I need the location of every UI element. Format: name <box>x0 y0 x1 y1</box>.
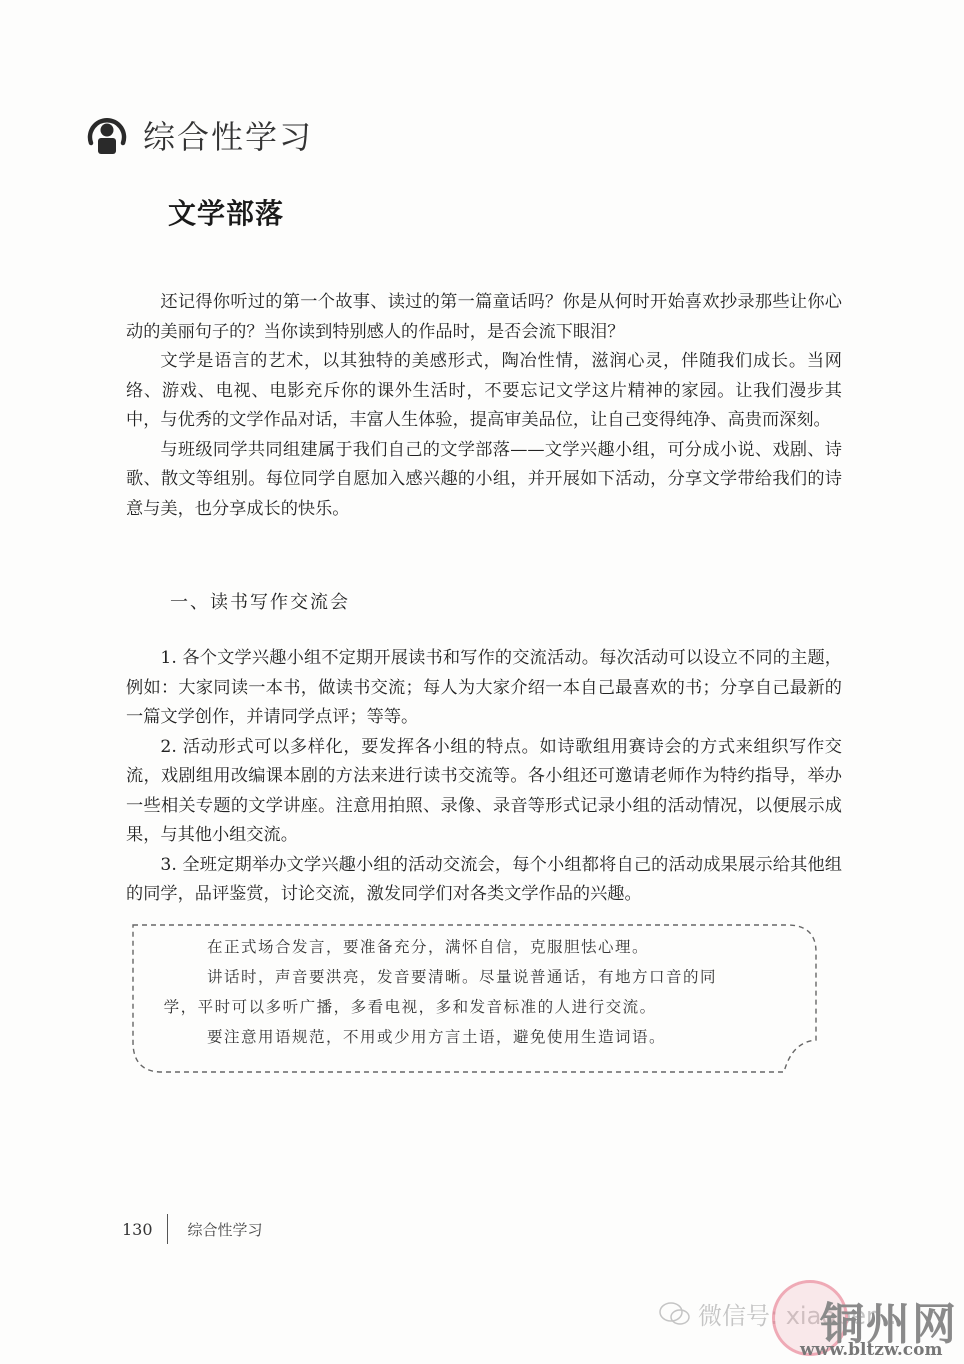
tip-line: 要注意用语规范，不用或少用方言土语，避免使用生造词语。 <box>176 1022 776 1052</box>
activity-item: 1. 各个文学兴趣小组不定期开展读书和写作的交流活动。每次活动可以设立不同的主题… <box>126 644 842 733</box>
intro-section: 还记得你听过的第一个故事、读过的第一篇童话吗？你是从何时开始喜欢抄录那些让你心动… <box>126 288 842 524</box>
tip-line: 学，平时可以多听广播，多看电视，多和发音标准的人进行交流。 <box>176 992 776 1022</box>
activity-list: 1. 各个文学兴趣小组不定期开展读书和写作的交流活动。每次活动可以设立不同的主题… <box>126 644 842 910</box>
section-heading: 一、读书写作交流会 <box>170 588 350 614</box>
tip-box: 在正式场合发言，要准备充分，满怀自信，克服胆怯心理。 讲话时，声音要洪亮，发音要… <box>132 922 820 1074</box>
activity-item: 3. 全班定期举办文学兴趣小组的活动交流会，每个小组都将自己的活动成果展示给其他… <box>126 851 842 910</box>
tip-text: 在正式场合发言，要准备充分，满怀自信，克服胆怯心理。 讲话时，声音要洪亮，发音要… <box>176 932 776 1052</box>
activity-item: 2. 活动形式可以多样化，要发挥各小组的特点。如诗歌组用赛诗会的方式来组织写作交… <box>126 733 842 851</box>
tip-line: 在正式场合发言，要准备充分，满怀自信，克服胆怯心理。 <box>176 932 776 962</box>
intro-paragraph: 文学是语言的艺术，以其独特的美感形式，陶冶性情，滋润心灵，伴随我们成长。当网络、… <box>126 347 842 436</box>
person-speaking-icon <box>85 113 129 157</box>
wechat-icon <box>658 1300 692 1328</box>
page-footer: 130 综合性学习 <box>122 1214 263 1244</box>
site-url: www.bltzw.com <box>800 1340 942 1360</box>
intro-paragraph: 与班级同学共同组建属于我们自己的文学部落——文学兴趣小组，可分成小说、戏剧、诗歌… <box>126 436 842 525</box>
unit-title: 综合性学习 <box>143 112 313 158</box>
tip-line: 讲话时，声音要洪亮，发音要清晰。尽量说普通话，有地方口音的同 <box>176 962 776 992</box>
footer-divider <box>167 1214 168 1244</box>
footer-section-name: 综合性学习 <box>188 1219 263 1240</box>
page-number: 130 <box>122 1220 153 1239</box>
lesson-title: 文学部落 <box>168 192 284 232</box>
intro-paragraph: 还记得你听过的第一个故事、读过的第一篇童话吗？你是从何时开始喜欢抄录那些让你心动… <box>126 288 842 347</box>
unit-header: 综合性学习 <box>85 112 313 158</box>
